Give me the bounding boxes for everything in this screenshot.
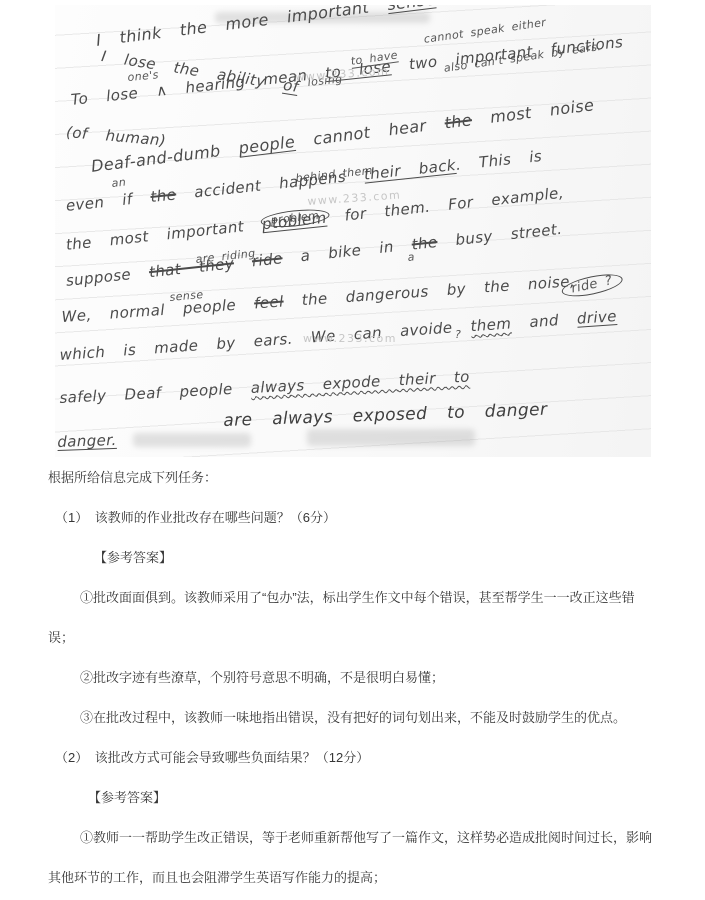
question-1: （1） 该教师的作业批改存在哪些问题？（6分） xyxy=(48,498,668,538)
essay-line-12: danger. xyxy=(57,431,117,451)
teacher-correction: an xyxy=(111,175,127,189)
answer-header-2: 【参考答案】 xyxy=(48,778,668,818)
scan-artifact xyxy=(133,433,251,447)
teacher-correction: cannot speak either xyxy=(423,16,547,46)
answer-header-1: 【参考答案】 xyxy=(48,538,668,578)
teacher-correction: are always exposed to danger xyxy=(223,400,548,431)
question-2: （2） 该批改方式可能会导致哪些负面结果？（12分） xyxy=(48,738,668,778)
qa-section: 根据所给信息完成下列任务：（1） 该教师的作业批改存在哪些问题？（6分）【参考答… xyxy=(48,458,668,898)
essay-line-11: safely Deaf people always expode their t… xyxy=(59,368,470,407)
scan-artifact xyxy=(307,429,475,446)
watermark: www.233.com xyxy=(303,332,397,345)
answer-1-point-3: ③在批改过程中，该教师一味地指出错误，没有把好的词句划出来，不能及时鼓励学生的优… xyxy=(48,698,668,738)
answer-1-point-2: ②批改字迹有些潦草，个别符号意思不明确，不是很明白易懂； xyxy=(48,658,668,698)
task-intro: 根据所给信息完成下列任务： xyxy=(48,458,668,498)
handwriting-scan: I think the more important sense is hear… xyxy=(55,5,651,457)
answer-1-point-1b: 误； xyxy=(48,618,668,658)
answer-2-point-1b: 其他环节的工作，而且也会阻滞学生英语写作能力的提高； xyxy=(48,858,668,898)
answer-1-point-1a: ①批改面面俱到。该教师采用了“包办”法，标出学生作文中每个错误，甚至帮学生一一改… xyxy=(48,578,668,618)
answer-2-point-1a: ①教师一一帮助学生改正错误，等于老师重新帮他写了一篇作文，这样势必造成批阅时间过… xyxy=(48,818,668,858)
essay-line-4: (of human) xyxy=(65,123,166,150)
